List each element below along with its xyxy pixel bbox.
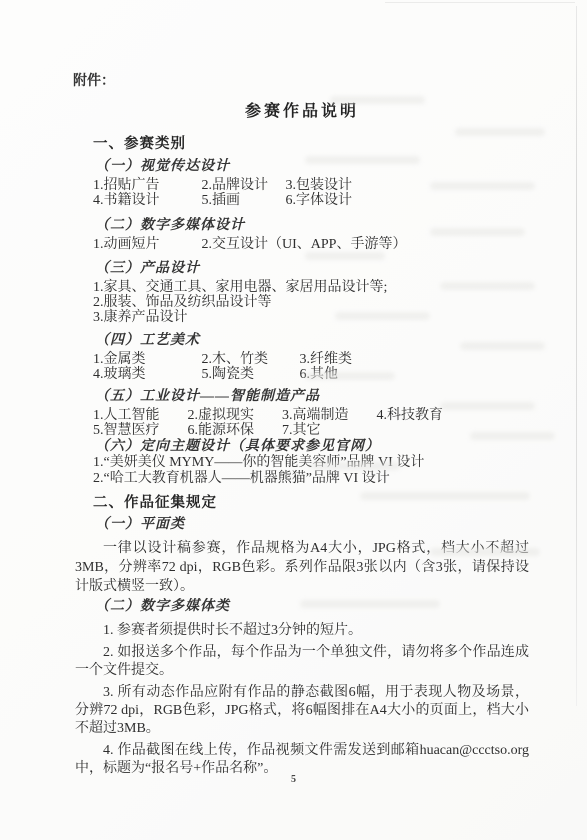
subsection-heading-1-5: （五）工业设计——智能制造产品 xyxy=(95,389,529,405)
body-paragraph: 4. 作品截图在线上传，作品视频文件需发送到邮箱huacan@ccctso.or… xyxy=(75,742,529,778)
body-paragraph: 一律以设计稿参赛，作品规格为A4大小，JPG格式，档大小不超过3MB，分辨率72… xyxy=(75,539,529,596)
category-line: 1.人工智能 2.虚拟现实 3.高端制造 4.科技教育 xyxy=(93,408,529,423)
subsection-heading-1-1: （一）视觉传达设计 xyxy=(95,159,529,175)
body-paragraph: 1. 参赛者须提供时长不超过3分钟的短片。 xyxy=(75,622,529,640)
subsection-heading-2-1: （一）平面类 xyxy=(95,517,529,533)
category-line: 4.书籍设计 5.插画 6.字体设计 xyxy=(93,193,529,208)
category-line: 1.“美妍美仪 MYMY——你的智能美容师”品牌 VI 设计 xyxy=(93,455,529,471)
category-line: 3.康养产品设计 xyxy=(93,310,529,325)
subsection-heading-2-2: （二）数字多媒体类 xyxy=(95,599,529,615)
category-line: 1.金属类 2.木、竹类 3.纤维类 xyxy=(93,352,529,367)
subsection-heading-1-2: （二）数字多媒体设计 xyxy=(95,218,529,234)
category-line: 1.动画短片 2.交互设计（UI、APP、手游等） xyxy=(93,237,529,252)
document-title: 参赛作品说明 xyxy=(75,100,529,124)
attachment-label: 附件： xyxy=(73,72,529,92)
bleed-through-artifact xyxy=(305,252,385,260)
category-line: 2.“哈工大教育机器人——机器熊猫”品牌 VI 设计 xyxy=(93,471,529,487)
category-line: 4.玻璃类 5.陶瓷类 6.其他 xyxy=(93,367,529,382)
scan-edge-line-top xyxy=(385,2,575,3)
bleed-through-artifact xyxy=(455,128,545,136)
subsection-heading-1-3: （三）产品设计 xyxy=(95,261,529,277)
subsection-heading-1-4: （四）工艺美术 xyxy=(95,333,529,349)
scan-edge-line xyxy=(576,6,577,706)
body-paragraph: 2. 如报送多个作品，每个作品为一个单独文件，请勿将多个作品连成一个文件提交。 xyxy=(75,644,529,680)
page-number: 5 xyxy=(0,774,587,785)
section-heading-2: 二、作品征集规定 xyxy=(93,495,529,511)
category-line: 2.服装、饰品及纺织品设计等 xyxy=(93,295,529,310)
body-paragraph: 3. 所有动态作品应附有作品的静态截图6幅，用于表现人物及场景，分辨72 dpi… xyxy=(75,684,529,738)
category-line: 1.家具、交通工具、家用电器、家居用品设计等; xyxy=(93,280,529,295)
section-heading-1: 一、参赛类别 xyxy=(93,136,529,152)
category-line: 1.招贴广告 2.品牌设计 3.包装设计 xyxy=(93,178,529,193)
scanned-document-page: 附件： 参赛作品说明 一、参赛类别 （一）视觉传达设计 1.招贴广告 2.品牌设… xyxy=(0,0,587,840)
category-line: 5.智慧医疗 6.能源环保 7.其它 xyxy=(93,423,529,438)
subsection-heading-1-6: （六）定向主题设计（具体要求参见官网） xyxy=(95,439,529,455)
